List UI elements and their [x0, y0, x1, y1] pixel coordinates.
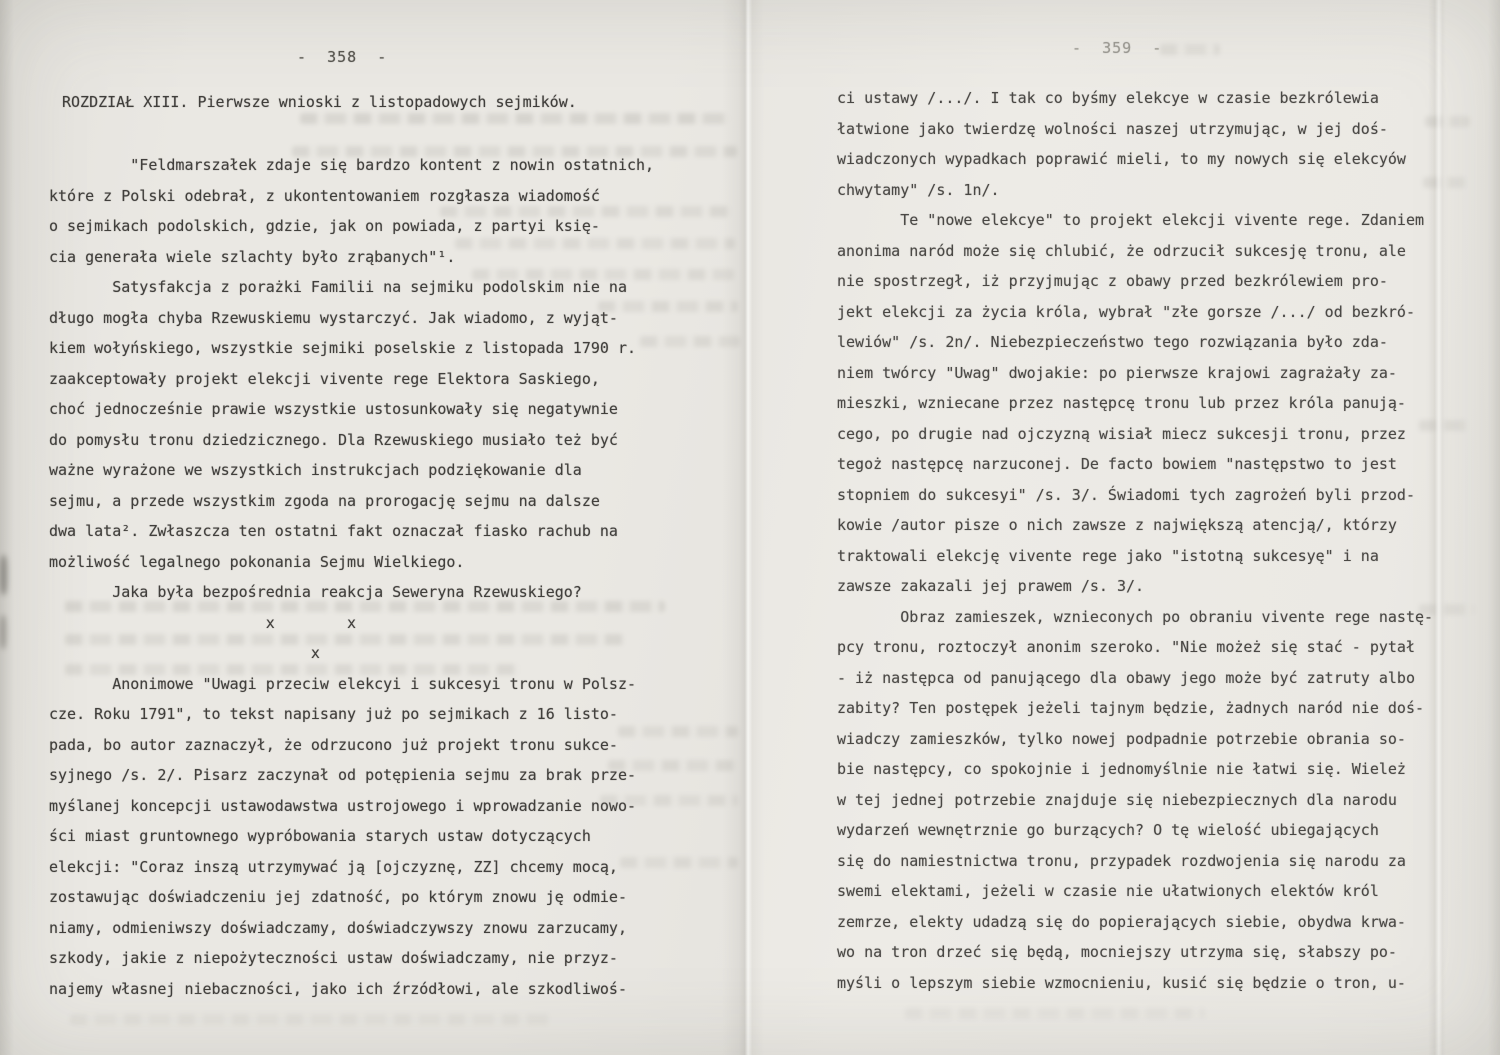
bleed-through-artifact [65, 664, 520, 675]
book-scan-spread: - 358 - ROZDZIAŁ XIII. Pierwsze wnioski … [0, 0, 1500, 1055]
bleed-through-artifact [600, 795, 738, 806]
page-number-left: - 358 - [297, 42, 387, 73]
bleed-through-artifact [620, 857, 738, 868]
page-right: - 359 - ci ustawy /.../. I tak co byśmy … [745, 0, 1500, 1055]
scan-right-edge [1488, 0, 1500, 1055]
bleed-through-artifact [440, 206, 732, 217]
bleed-through-artifact [455, 238, 735, 249]
page-crease [1428, 0, 1446, 1055]
bleed-through-artifact [618, 726, 738, 737]
bleed-through-artifact [905, 1008, 1205, 1019]
bleed-through-artifact [472, 269, 734, 280]
bleed-through-artifact [598, 301, 738, 312]
scan-left-edge [0, 0, 14, 1055]
bleed-through-artifact [300, 113, 730, 124]
bleed-through-artifact [608, 760, 738, 771]
page-left: - 358 - ROZDZIAŁ XIII. Pierwsze wnioski … [0, 0, 745, 1055]
bleed-through-artifact [70, 1014, 550, 1025]
bleed-through-artifact [65, 601, 665, 612]
page-fold-shadow [722, 0, 764, 1055]
page-number-right: - 359 - [1072, 33, 1162, 64]
bleed-through-artifact [292, 146, 737, 157]
page-right-body-text: ci ustawy /.../. I tak co byśmy elekcye … [837, 83, 1433, 998]
bleed-through-artifact [65, 634, 625, 645]
bleed-through-artifact [1160, 44, 1220, 55]
